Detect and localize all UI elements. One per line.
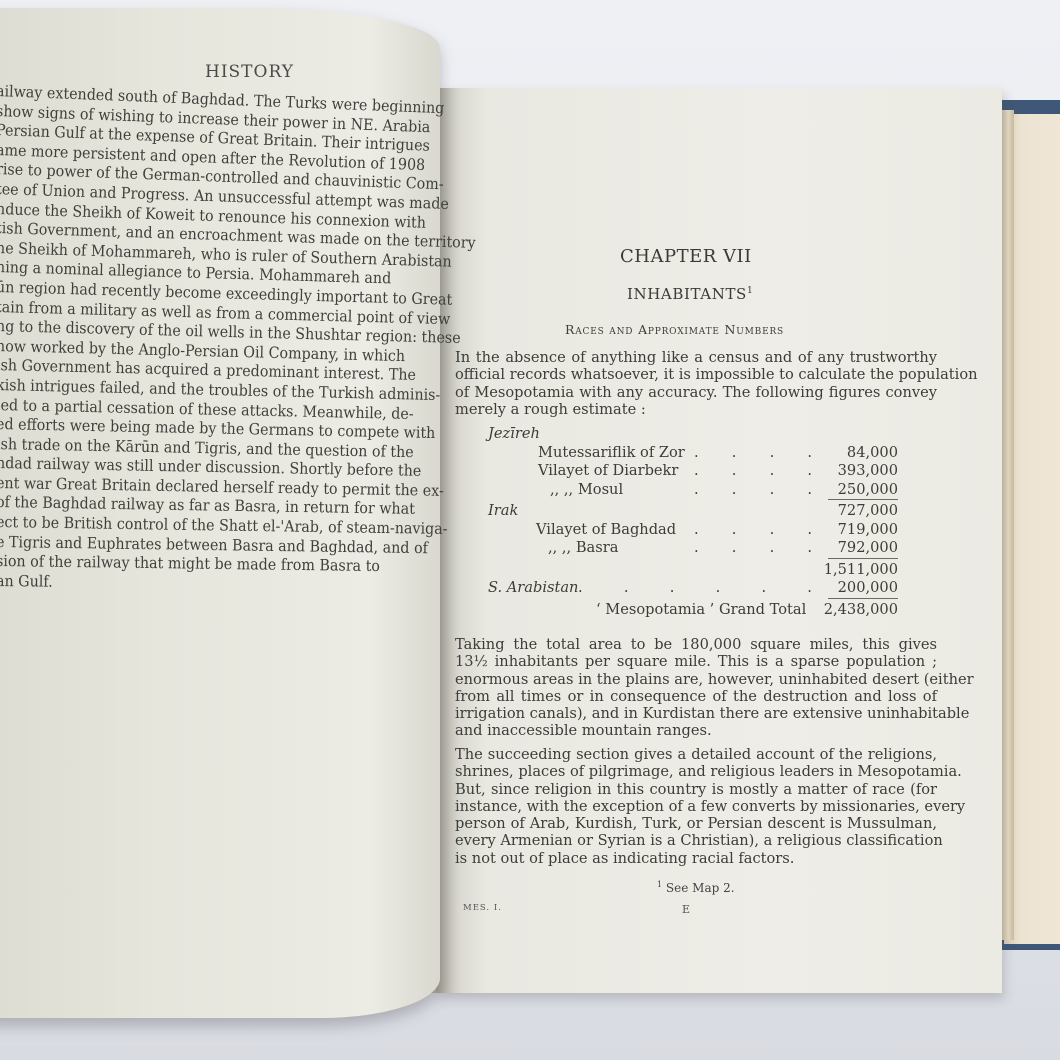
- text-line: merely a rough estimate :: [455, 401, 937, 418]
- text-line: of Mesopotamia with any accuracy. The fo…: [455, 384, 937, 401]
- row-value: 719,000: [838, 521, 898, 540]
- row-value: 727,000: [838, 502, 898, 521]
- sum-rule: [828, 558, 898, 559]
- signature-letter: E: [682, 903, 690, 916]
- footnote-ref: 1: [747, 286, 753, 296]
- text-line: is not out of place as indicating racial…: [455, 850, 937, 867]
- text-line: 13½ inhabitants per square mile. This is…: [455, 653, 937, 670]
- row-label: Mutessariflik of Zor: [538, 444, 685, 463]
- text-line: irrigation canals), and in Kurdistan the…: [455, 705, 937, 722]
- leader-dots: ....: [694, 539, 812, 558]
- region-heading: Irak727,000: [488, 502, 898, 521]
- row-value: 200,000: [838, 579, 898, 598]
- row-label: Irak: [488, 502, 518, 521]
- text-line: In the absence of anything like a census…: [455, 349, 937, 366]
- chapter-number: CHAPTER VII: [620, 246, 752, 267]
- row-label: S. Arabistan: [488, 579, 578, 598]
- text-line: instance, with the exception of a few co…: [455, 798, 937, 815]
- text-line: enormous areas in the plains are, howeve…: [455, 671, 937, 688]
- text-line: from all times or in consequence of the …: [455, 688, 937, 705]
- row-value: 792,000: [838, 539, 898, 558]
- row-label: Vilayet of Diarbekr: [538, 462, 678, 481]
- row-value: 2,438,000: [824, 601, 898, 620]
- grand-total-row: ‘ Mesopotamia ’ Grand Total2,438,000: [488, 601, 898, 620]
- text-line: The succeeding section gives a detailed …: [455, 746, 937, 763]
- running-head: HISTORY: [205, 62, 294, 82]
- row-value: 250,000: [838, 481, 898, 500]
- table-row: Mutessariflik of Zor....84,000: [488, 444, 898, 463]
- text-line: person of Arab, Kurdish, Turk, or Persia…: [455, 815, 937, 832]
- table-row: ,, ,, Mosul....250,000: [488, 481, 898, 500]
- leader-dots: ....: [694, 444, 812, 463]
- region-row: S. Arabistan......200,000: [488, 579, 898, 598]
- text-line: every Armenian or Syrian is a Christian)…: [455, 832, 937, 849]
- text-line: Taking the total area to be 180,000 squa…: [455, 636, 937, 653]
- leader-dots: ....: [694, 481, 812, 500]
- left-page-body: ailway extended south of Baghdad. The Tu…: [0, 83, 436, 592]
- footnote: 1 See Map 2.: [657, 880, 735, 895]
- leader-dots: ......: [578, 579, 812, 598]
- row-value: 84,000: [847, 444, 898, 463]
- text-line: shrines, places of pilgrimage, and relig…: [455, 763, 937, 780]
- region-heading: Jezīreh: [488, 425, 898, 444]
- chapter-title: INHABITANTS1: [627, 285, 753, 303]
- sum-rule: [828, 598, 898, 599]
- row-value: 393,000: [838, 462, 898, 481]
- table-row: Vilayet of Diarbekr....393,000: [488, 462, 898, 481]
- row-value: 1,511,000: [824, 561, 898, 580]
- intro-paragraph: In the absence of anything like a census…: [455, 349, 937, 418]
- density-paragraph: Taking the total area to be 180,000 squa…: [455, 636, 937, 740]
- section-heading: Races and Approximate Numbers: [565, 322, 784, 337]
- row-label: ,, ,, Mosul: [550, 481, 623, 500]
- table-row: ,, ,, Basra....792,000: [488, 539, 898, 558]
- row-label: Vilayet of Baghdad: [536, 521, 676, 540]
- leader-dots: ....: [694, 462, 812, 481]
- text-line: official records whatsoever, it is impos…: [455, 366, 937, 383]
- table-row: Vilayet of Baghdad....719,000: [488, 521, 898, 540]
- page-fore-edge: [1000, 110, 1014, 940]
- subtotal-row: 1,511,000: [488, 561, 898, 580]
- row-label: ‘ Mesopotamia ’ Grand Total: [596, 601, 806, 620]
- text-line: and inaccessible mountain ranges.: [455, 722, 937, 739]
- population-table: JezīrehMutessariflik of Zor....84,000Vil…: [488, 425, 898, 619]
- row-label: ,, ,, Basra: [548, 539, 618, 558]
- sum-rule: [828, 499, 898, 500]
- signature-mark: MES. I.: [463, 903, 502, 913]
- religion-paragraph: The succeeding section gives a detailed …: [455, 746, 937, 867]
- text-line: But, since religion in this country is m…: [455, 781, 937, 798]
- leader-dots: ....: [694, 521, 812, 540]
- row-label: Jezīreh: [488, 425, 540, 444]
